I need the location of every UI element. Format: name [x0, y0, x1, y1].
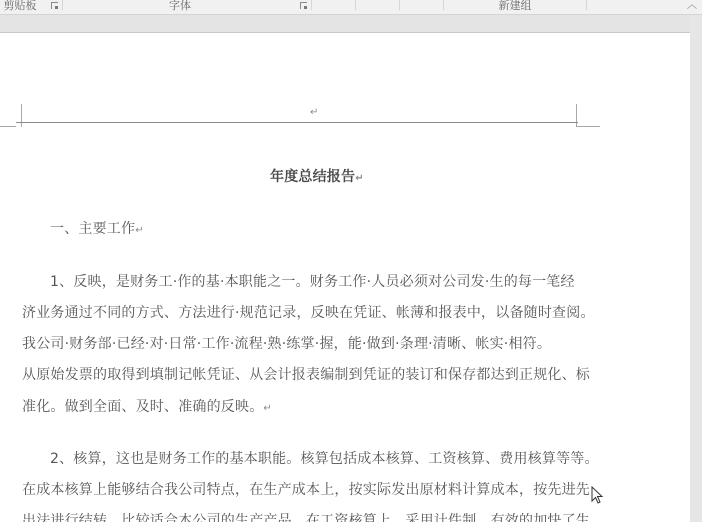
clipboard-dialog-launcher-icon[interactable]: [51, 2, 58, 9]
ribbon-separator: [62, 0, 63, 10]
paragraph1-line4[interactable]: 从原始发票的取得到填制记帐凭证、从会计报表编制到凭证的装订和保存都达到正规化、标: [22, 364, 590, 384]
crop-mark-right-h: [577, 126, 600, 127]
ribbon-group-font: 字体: [150, 0, 210, 11]
ribbon-separator: [399, 0, 400, 10]
paragraph1-line2[interactable]: 济业务通过不同的方式、方法进行·规范记录，反映在凭证、帐薄和报表中，以备随时查阅…: [22, 302, 595, 322]
paragraph2-line3[interactable]: 出法进行结转，比较适合本公司的生产产品。在工资核算上，采用计件制，有效的加快了生: [22, 510, 590, 522]
header-divider-line: [16, 122, 578, 123]
ribbon-separator: [355, 0, 356, 10]
ribbon-group-labels: 剪贴板 字体 新建组 ︿: [0, 0, 702, 15]
ribbon-group-new-group: 新建组: [480, 0, 550, 11]
paragraph2-line2[interactable]: 在成本核算上能够结合我公司特点，在生产成本上，按实际发出原材料计算成本，按先进先: [22, 479, 590, 499]
section-heading[interactable]: 一、主要工作↵: [50, 218, 144, 238]
ribbon-separator: [586, 0, 587, 10]
crop-mark-left-h: [0, 126, 16, 127]
paragraph2-line1[interactable]: 2、核算，这也是财务工作的基本职能。核算包括成本核算、工资核算、费用核算等等。: [50, 448, 599, 468]
crop-mark-right-v: [576, 104, 577, 127]
paragraph1-line3[interactable]: 我公司·财务部·已经·对·日常·工作·流程·熟·练掌·握，能·做到·条理·清晰、…: [22, 333, 551, 353]
collapse-ribbon-button[interactable]: ︿: [686, 0, 698, 12]
mouse-pointer-icon: [591, 486, 605, 506]
paragraph1-line1[interactable]: 1、反映，是财务工·作的基·本职能之一。财务工作·人员必须对公司发·生的每一笔经: [50, 271, 575, 291]
ribbon-group-clipboard: 剪贴板: [0, 0, 40, 11]
ruler-area: [0, 15, 702, 32]
ribbon-separator: [311, 0, 312, 10]
paragraph1-line5[interactable]: 准化。做到全面、及时、准确的反映。↵: [22, 396, 272, 416]
chevron-up-icon: ︿: [687, 0, 697, 11]
vertical-scrollbar-track[interactable]: [690, 15, 702, 522]
header-paragraph-mark: ↵: [310, 107, 318, 118]
crop-mark-left-v: [21, 104, 22, 127]
font-dialog-launcher-icon[interactable]: [300, 2, 307, 9]
document-title[interactable]: 年度总结报告↵: [270, 166, 364, 186]
ribbon-separator: [443, 0, 444, 10]
